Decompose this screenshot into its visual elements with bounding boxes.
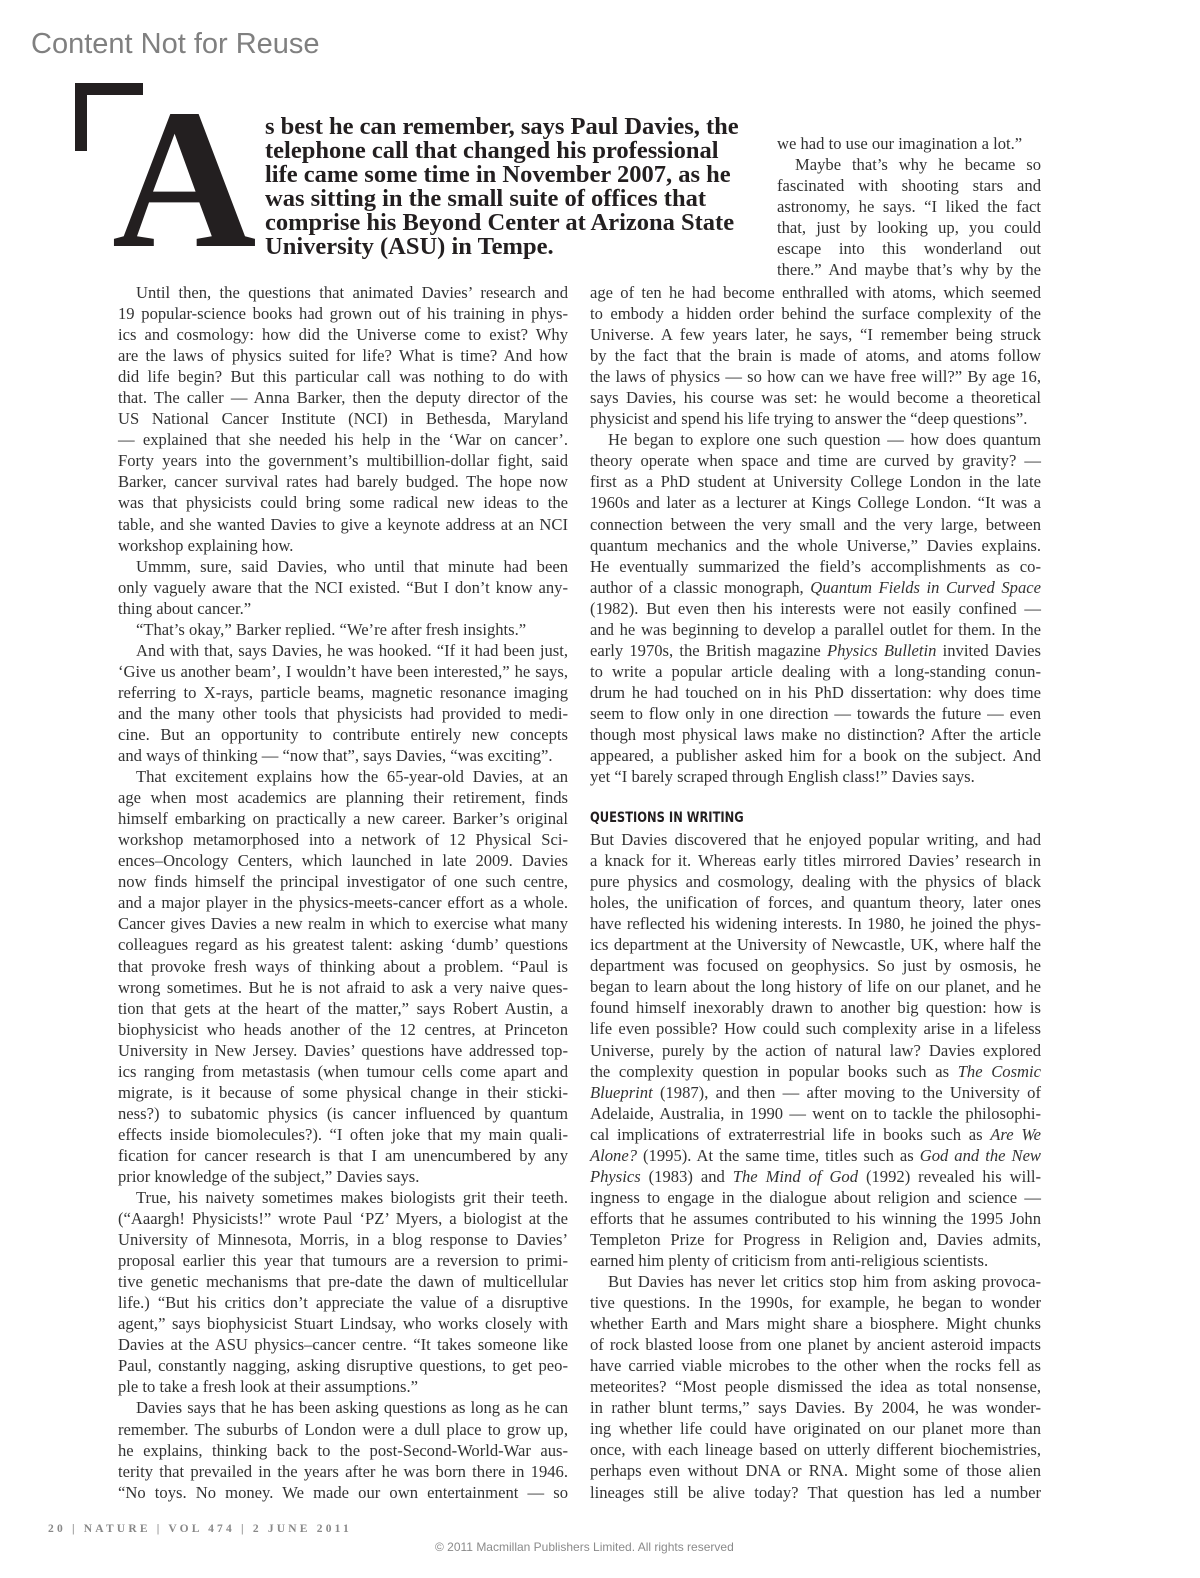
text-line: escape into this wonderland out (777, 238, 1041, 259)
text-line: Universe. A few years later, he says, “I… (590, 324, 1041, 345)
text-line: author of a classic monograph, Quantum F… (590, 577, 1041, 598)
text-line: ics and cosmology: how did the Universe … (118, 324, 568, 345)
left-column: Until then, the questions that animated … (118, 282, 568, 1503)
lede-paragraph: s best he can remember, says Paul Davies… (265, 115, 745, 259)
text-line: ‘Give us another beam’, I wouldn’t have … (118, 661, 568, 682)
italic-title: Physics Bulletin (827, 641, 936, 660)
text-line: biophysicist who heads another of the 12… (118, 1019, 568, 1040)
right-column-section-2: QUESTIONS IN WRITING But Davies discover… (590, 808, 1041, 1503)
text-line: that provoke fresh ways of thinking abou… (118, 956, 568, 977)
text-line: effects inside biomolecules?). “I often … (118, 1124, 568, 1145)
text-line: Maybe that’s why he became so (777, 154, 1041, 175)
text-line: Ummm, sure, said Davies, who until that … (118, 556, 568, 577)
text-line: efforts that he assumes contributed to h… (590, 1208, 1041, 1229)
section-body: But Davies discovered that he enjoyed po… (590, 829, 1041, 1503)
text-line: he explains, thinking back to the post-S… (118, 1440, 568, 1461)
text-line: and the many other tools that physicists… (118, 703, 568, 724)
right-column: age of ten he had become enthralled with… (590, 282, 1041, 787)
text-line: in rather blunt terms,” says Davies. By … (590, 1397, 1041, 1418)
text-line: cal implications of extraterrestrial lif… (590, 1124, 1041, 1145)
text-line: table, and she wanted Davies to give a k… (118, 514, 568, 535)
text-line: migrate, is it because of some physical … (118, 1082, 568, 1103)
text-line: US National Cancer Institute (NCI) in Be… (118, 408, 568, 429)
text-line: once, with each lineage based on utterly… (590, 1439, 1041, 1460)
text-line: terity that prevailed in the years after… (118, 1461, 568, 1482)
text-line: He began to explore one such question — … (590, 429, 1041, 450)
text-line: now finds himself the principal investig… (118, 871, 568, 892)
text-line: lineages still be alive today? That ques… (590, 1482, 1041, 1503)
text-line: workshop metamorphosed into a network of… (118, 829, 568, 850)
italic-title: Are We (990, 1125, 1041, 1144)
text-line: by the fact that the brain is made of at… (590, 345, 1041, 366)
text-line: That excitement explains how the 65-year… (118, 766, 568, 787)
lede-line: University (ASU) in Tempe. (265, 235, 745, 259)
text-line: meteorites? “Most people dismissed the i… (590, 1376, 1041, 1397)
text-line: did life begin? But this particular call… (118, 366, 568, 387)
italic-title: Quantum Fields in Curved Space (810, 578, 1041, 597)
text-line: tive genetic mechanisms that pre-date th… (118, 1271, 568, 1292)
text-line: age of ten he had become enthralled with… (590, 282, 1041, 303)
text-line: connection between the very small and th… (590, 514, 1041, 535)
text-line: earned him plenty of criticism from anti… (590, 1250, 1041, 1271)
text-line: and he was beginning to develop a parall… (590, 619, 1041, 640)
text-line: first as a PhD student at University Col… (590, 471, 1041, 492)
text-line: 1960s and later as a lecturer at Kings C… (590, 492, 1041, 513)
text-line: ness?) to subatomic physics (is cancer i… (118, 1103, 568, 1124)
text-line: He eventually summarized the field’s acc… (590, 556, 1041, 577)
text-line: But Davies discovered that he enjoyed po… (590, 829, 1041, 850)
section-subheading: QUESTIONS IN WRITING (590, 808, 960, 829)
text-line: the laws of physics — so how can we have… (590, 366, 1041, 387)
text-line: “No toys. No money. We made our own ente… (118, 1482, 568, 1503)
copyright-notice: © 2011 Macmillan Publishers Limited. All… (435, 1540, 734, 1554)
text-line: Universe, purely by the action of natura… (590, 1040, 1041, 1061)
text-line: yet “I barely scraped through English cl… (590, 766, 1041, 787)
text-line: University of Minnesota, Morris, in a bl… (118, 1229, 568, 1250)
text-line: 19 popular-science books had grown out o… (118, 303, 568, 324)
text-line: ing whether life could have originated o… (590, 1418, 1041, 1439)
text-line: there.” And maybe that’s why by the (777, 259, 1041, 280)
drop-cap: A (112, 80, 256, 280)
text-line: Forty years into the government’s multib… (118, 450, 568, 471)
text-line: cine. But an opportunity to contribute e… (118, 724, 568, 745)
text-line: — explained that she needed his help in … (118, 429, 568, 450)
text-line: that. The caller — Anna Barker, then the… (118, 387, 568, 408)
watermark: Content Not for Reuse (31, 28, 320, 61)
text-line: that, just by looking up, you could (777, 217, 1041, 238)
text-line: quantum mechanics and the whole Universe… (590, 535, 1041, 556)
text-line: says Davies, his course was set: he woul… (590, 387, 1041, 408)
text-line: Davies at the ASU physics–cancer centre.… (118, 1334, 568, 1355)
text-line: ics ranging from metastasis (when tumour… (118, 1061, 568, 1082)
text-line: pure physics and cosmology, dealing with… (590, 871, 1041, 892)
text-line: (1982). But even then his interests were… (590, 598, 1041, 619)
italic-title: Physics (590, 1167, 641, 1186)
text-line: True, his naivety sometimes makes biolog… (118, 1187, 568, 1208)
text-line: astronomy, he says. “I liked the fact (777, 196, 1041, 217)
italic-title: God and the New (920, 1146, 1041, 1165)
text-line: department was focused on geophysics. So… (590, 955, 1041, 976)
text-line: proposal earlier this year that tumours … (118, 1250, 568, 1271)
text-line: Blueprint (1987), and then — after movin… (590, 1082, 1041, 1103)
text-line: holes, the unification of forces, and qu… (590, 892, 1041, 913)
italic-title: Blueprint (590, 1083, 653, 1102)
text-line: And with that, says Davies, he was hooke… (118, 640, 568, 661)
text-line: and a major player in the physics-meets-… (118, 892, 568, 913)
text-line: a knack for it. Whereas early titles mir… (590, 850, 1041, 871)
text-line: remember. The suburbs of London were a d… (118, 1419, 568, 1440)
text-line: theory operate when space and time are c… (590, 450, 1041, 471)
text-line: though most physical laws make no distin… (590, 724, 1041, 745)
text-line: tive questions. In the 1990s, for exampl… (590, 1292, 1041, 1313)
text-line: ences–Oncology Centers, which launched i… (118, 850, 568, 871)
text-line: wrong sometimes. But he is not afraid to… (118, 977, 568, 998)
text-line: referring to X-rays, particle beams, mag… (118, 682, 568, 703)
text-line: to write a popular article dealing with … (590, 661, 1041, 682)
text-line: colleagues regard as his greatest talent… (118, 934, 568, 955)
page-folio: 20 | NATURE | VOL 474 | 2 JUNE 2011 (48, 1523, 352, 1535)
text-line: drum he had touched on in his PhD disser… (590, 682, 1041, 703)
text-line: the complexity question in popular books… (590, 1061, 1041, 1082)
text-line: Physics (1983) and The Mind of God (1992… (590, 1166, 1041, 1187)
text-line: seem to flow only in one direction — tow… (590, 703, 1041, 724)
lede-line: life came some time in November 2007, as… (265, 163, 745, 187)
text-line: are the laws of physics suited for life?… (118, 345, 568, 366)
text-line: ple to take a fresh look at their assump… (118, 1376, 568, 1397)
text-line: of rock blasted loose from one planet by… (590, 1334, 1041, 1355)
text-line: life even possible? How could such compl… (590, 1018, 1041, 1039)
text-line: early 1970s, the British magazine Physic… (590, 640, 1041, 661)
text-line: Cancer gives Davies a new realm in which… (118, 913, 568, 934)
text-line: age when most academics are planning the… (118, 787, 568, 808)
text-line: But Davies has never let critics stop hi… (590, 1271, 1041, 1292)
text-line: ics department at the University of Newc… (590, 934, 1041, 955)
text-line: physicist and spend his life trying to a… (590, 408, 1041, 429)
italic-title: Alone? (590, 1146, 637, 1165)
text-line: fascinated with shooting stars and (777, 175, 1041, 196)
text-line: perhaps even without DNA or RNA. Might s… (590, 1460, 1041, 1481)
text-line: only vaguely aware that the NCI existed.… (118, 577, 568, 598)
text-line: (“Aaargh! Physicists!” wrote Paul ‘PZ’ M… (118, 1208, 568, 1229)
lede-line: was sitting in the small suite of office… (265, 187, 745, 211)
text-line: appeared, a publisher asked him for a bo… (590, 745, 1041, 766)
italic-title: The Cosmic (958, 1062, 1041, 1081)
text-line: we had to use our imagination a lot.” (777, 133, 1041, 154)
text-line: life.) “But his critics don’t appreciate… (118, 1292, 568, 1313)
lede-line: comprise his Beyond Center at Arizona St… (265, 211, 745, 235)
text-line: prior knowledge of the subject,” Davies … (118, 1166, 568, 1187)
text-line: University in New Jersey. Davies’ questi… (118, 1040, 568, 1061)
text-line: Davies says that he has been asking ques… (118, 1397, 568, 1418)
text-line: Until then, the questions that animated … (118, 282, 568, 303)
text-line: have reflected his widening interests. I… (590, 913, 1041, 934)
text-line: whether Earth and Mars might share a bio… (590, 1313, 1041, 1334)
text-line: was that physicists could bring some rad… (118, 492, 568, 513)
text-line: Templeton Prize for Progress in Religion… (590, 1229, 1041, 1250)
text-line: thing about cancer.” (118, 598, 568, 619)
text-line: agent,” says biophysicist Stuart Lindsay… (118, 1313, 568, 1334)
text-line: Adelaide, Australia, in 1990 — went on t… (590, 1103, 1041, 1124)
italic-title: The Mind of God (733, 1167, 858, 1186)
text-line: workshop explaining how. (118, 535, 568, 556)
text-line: found himself inexorably drawn to anothe… (590, 997, 1041, 1018)
text-line: Barker, cancer survival rates had barely… (118, 471, 568, 492)
text-line: ingness to engage in the dialogue about … (590, 1187, 1041, 1208)
text-line: to embody a hidden order behind the surf… (590, 303, 1041, 324)
text-line: “That’s okay,” Barker replied. “We’re af… (118, 619, 568, 640)
text-line: tion that gets at the heart of the matte… (118, 998, 568, 1019)
text-line: and ways of thinking — “now that”, says … (118, 745, 568, 766)
text-line: himself embarking on practically a new c… (118, 808, 568, 829)
right-column-top: we had to use our imagination a lot.”May… (777, 133, 1041, 280)
text-line: Paul, constantly nagging, asking disrupt… (118, 1355, 568, 1376)
text-line: began to learn about the long history of… (590, 976, 1041, 997)
lede-line: telephone call that changed his professi… (265, 139, 745, 163)
lede-line: s best he can remember, says Paul Davies… (265, 115, 745, 139)
text-line: have carried viable microbes to the othe… (590, 1355, 1041, 1376)
text-line: fication for cancer research is that I a… (118, 1145, 568, 1166)
text-line: Alone? (1995). At the same time, titles … (590, 1145, 1041, 1166)
